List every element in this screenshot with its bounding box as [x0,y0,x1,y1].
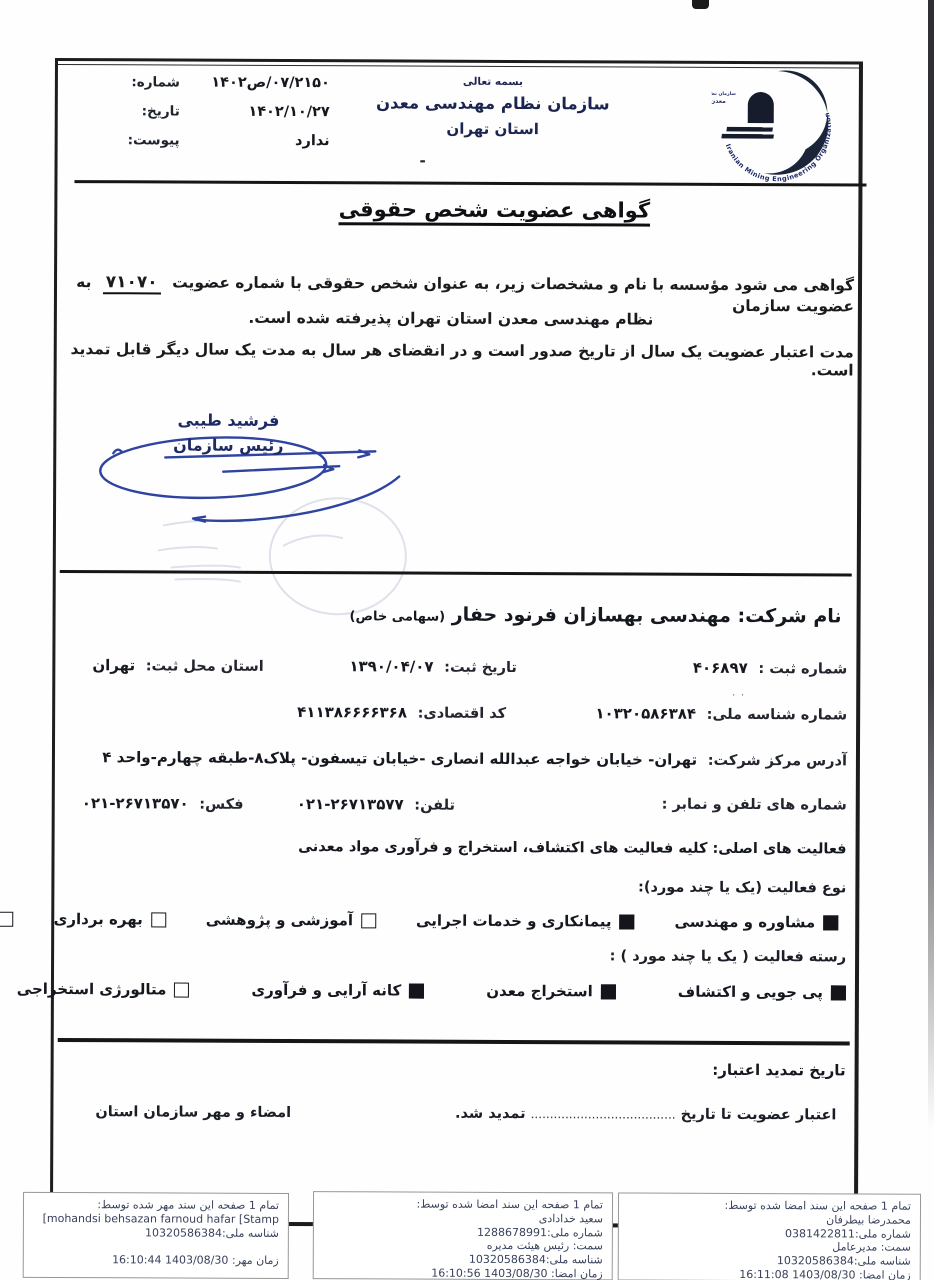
scan-edge-artifact [928,0,934,1130]
logo-persian-text-line1: سازمان نظام مهندسی [711,92,736,97]
document-attachment-value: ندارد [180,133,330,150]
digital-stamp-box-company: تمام 1 صفحه این سند مهر شده توسط: [mohan… [23,1192,289,1279]
header-dash: - [420,152,426,170]
national-id-value: ۱۰۳۲۰۵۸۶۳۸۴ [595,704,696,722]
logo-ground-strip [726,127,773,132]
renewal-heading: تاریخ تمدید اعتبار: [712,1061,845,1080]
signer-role: سمت: مدیرعامل [628,1240,911,1255]
checkbox-consulting-engineering: مشاوره و مهندسی [675,913,839,932]
checkbox-contracting-services: پیمانکاری و خدمات اجرایی [416,912,635,931]
fax-label: فکس: [199,797,243,813]
renewal-line: اعتبار عضویت تا تاریخ ..................… [455,1106,836,1124]
signature-time-line: زمان امضا: 16:10:56 1403/08/30 [323,1266,603,1280]
scan-top-mark-artifact [692,0,709,9]
province-name: استان تهران [368,119,618,138]
registration-number-value: ۴۰۶۸۹۷ [693,659,748,677]
certificate-title: گواهی عضویت شخص حقوقی [339,197,651,222]
activity-type-label: نوع فعالیت (یک یا چند مورد): [638,880,846,897]
mining-organization-logo: سازمان نظام مهندسی معدن Iranian Mining E… [711,65,842,196]
fax-value: ۰۲۱-۲۶۷۱۳۵۷۰ [82,794,189,812]
economic-code-field: کد اقتصادی: ۴۱۱۳۸۶۶۶۶۳۶۸ [297,703,506,722]
company-national-id: شناسه ملی:10320586384 [628,1254,911,1269]
registration-number-field: شماره ثبت : ۴۰۶۸۹۷ [693,659,848,678]
membership-number: ۷۱۰۷۰ [103,272,161,294]
president-name: فرشید طیبی [158,408,298,433]
registration-date-label: تاریخ ثبت: [444,660,517,676]
checkbox-exploitation: بهره برداری [54,910,166,928]
scanned-certificate-page: ۱۴۰۲ص/۰۷/۲۱۵۰ شماره: ۱۴۰۲/۱۰/۲۷ تاریخ: ن… [0,0,934,1280]
intro-line-3: مدت اعتبار عضویت یک سال از تاریخ صدور اس… [64,340,854,379]
org-seal-signature-label: امضاء و مهر سازمان استان [95,1104,291,1121]
signature-intro-text: تمام 1 صفحه این سند امضا شده توسط: [628,1198,911,1213]
renewal-dotted-blank: ...................................... [531,1107,676,1122]
checkbox-prospecting-exploration: پی جویی و اکتشاف [678,983,846,1002]
renewal-text-after: تمدید شد. [455,1106,526,1122]
checkbox-icon [174,982,189,997]
document-date-label: تاریخ: [110,103,180,119]
checkbox-extractive-metallurgy: متالورژی استخراجی [17,980,190,999]
checkbox-education-research: آموزشی و پژوهشی [206,911,376,930]
activity-category-options-row: پی جویی و اکتشاف استخراج معدن کانه آرایی… [17,980,846,1002]
document-border-frame [50,58,863,1229]
intro-line-1-before: گواهی می شود مؤسسه با نام و مشخصات زیر، … [172,273,854,294]
document-date-row: ۱۴۰۲/۱۰/۲۷ تاریخ: [80,103,330,120]
signer-national-id: شماره ملی:1288678991 [323,1225,603,1240]
checkbox-icon [831,985,846,1000]
company-address-field: آدرس مرکز شرکت: تهران- خیابان خواجه عبدا… [102,748,847,769]
activity-category-label: رسته فعالیت ( یک یا چند مورد ) : [610,948,846,965]
registration-province-label: استان محل ثبت: [146,658,264,675]
main-activities-value: کلیه فعالیت های اکتشاف، استخراج و فرآوری… [298,839,707,857]
checkbox-icon [409,983,424,998]
main-activities-line: فعالیت های اصلی: کلیه فعالیت های اکتشاف،… [298,839,846,857]
phone-value: ۰۲۱-۲۶۷۱۳۵۷۷ [297,795,404,813]
registration-date-field: تاریخ ثبت: ۱۳۹۰/۰۴/۰۷ [349,657,517,676]
checkbox-icon [151,912,166,927]
renewal-text-before: اعتبار عضویت تا تاریخ [681,1107,837,1124]
stamp-intro-text: تمام 1 صفحه این سند مهر شده توسط: [33,1198,279,1213]
checkbox-icon [0,911,14,926]
economic-code-value: ۴۱۱۳۸۶۶۶۶۳۶۸ [297,703,407,721]
company-stamp-latin-name: [mohandsi behsazan farnoud hafar [Stamp [43,1212,279,1227]
signer-name: سعید خدادادی [323,1211,603,1226]
signer-national-id: شماره ملی:0381422811 [628,1226,911,1241]
stamp-time-line: زمان مهر: 16:10:44 1403/08/30 [33,1253,279,1268]
signature-intro-text: تمام 1 صفحه این سند امضا شده توسط: [323,1197,603,1212]
signer-role: سمت: رئیس هیئت مدیره [323,1239,603,1254]
faint-stamp-icon [158,497,407,614]
signature-timestamp: 16:10:56 1403/08/30 [431,1267,547,1280]
company-name-value: مهندسی بهسازان فرنود حفار [452,604,731,627]
activity-type-options-row: مشاوره و مهندسی پیمانکاری و خدمات اجرایی… [0,910,838,932]
company-name-label: نام شرکت: [737,605,841,627]
company-type: (سهامی خاص) [349,609,445,624]
registration-number-label: شماره ثبت : [758,661,847,677]
national-id-field: شماره شناسه ملی: ۱۰۳۲۰۵۸۶۳۸۴ [595,704,847,723]
main-activities-label: فعالیت های اصلی: [712,841,846,858]
checkbox-mine-extraction: استخراج معدن [486,982,616,1001]
checkbox-icon [601,984,616,999]
phone-label: تلفن: [414,798,455,814]
company-address-value: تهران- خیابان خواجه عبدالله انصاری -خیاب… [102,748,697,769]
checkbox-other: سایر [0,910,14,928]
checkbox-icon [620,914,635,929]
document-attachment-label: پیوست: [110,132,180,148]
signature-timestamp: 16:11:08 1403/08/30 [739,1268,855,1280]
checkbox-icon [361,913,376,928]
registration-date-value: ۱۳۹۰/۰۴/۰۷ [349,657,433,675]
document-number-value: ۱۴۰۲ص/۰۷/۲۱۵۰ [180,75,330,92]
president-role: رئیس سازمان [158,433,298,458]
fax-field: فکس: ۰۲۱-۲۶۷۱۳۵۷۰ [82,794,244,813]
logo-tunnel-icon [748,92,774,123]
economic-code-label: کد اقتصادی: [418,706,507,722]
signature-time-line: زمان امضا: 16:11:08 1403/08/30 [628,1267,911,1280]
company-national-id: شناسه ملی:10320586384 [323,1252,603,1267]
president-signature-block: فرشید طیبی رئیس سازمان [158,408,298,458]
company-address-label: آدرس مرکز شرکت: [708,753,847,770]
header-center-block: بسمه تعالی سازمان نظام مهندسی معدن استان… [368,75,618,138]
company-national-id: شناسه ملی:10320586384 [33,1225,279,1240]
document-attachment-row: ندارد پیوست: [80,132,330,149]
organization-name: سازمان نظام مهندسی معدن [368,93,618,113]
mining-logo-icon: سازمان نظام مهندسی معدن Iranian Mining E… [711,65,842,196]
checkbox-icon [823,915,838,930]
document-number-row: ۱۴۰۲ص/۰۷/۲۱۵۰ شماره: [80,74,330,91]
company-name-line: نام شرکت: مهندسی بهسازان فرنود حفار (سها… [349,603,841,627]
registration-province-value: تهران [92,656,135,674]
stamp-timestamp: 16:10:44 1403/08/30 [112,1253,228,1267]
checkbox-mineral-processing: کانه آرایی و فرآوری [251,981,424,1000]
logo-ground-strip [721,134,774,139]
document-number-label: شماره: [110,74,180,90]
digital-signature-box-ceo: تمام 1 صفحه این سند امضا شده توسط: محمدر… [618,1192,921,1280]
registration-province-field: استان محل ثبت: تهران [92,656,263,675]
document-date-value: ۱۴۰۲/۱۰/۲۷ [180,104,330,121]
scan-speckle: ·· [732,691,754,695]
phones-field-label: شماره های تلفن و نمابر : [662,797,847,814]
national-id-label: شماره شناسه ملی: [707,707,848,724]
bismillah-text: بسمه تعالی [368,75,618,88]
header-meta-block: ۱۴۰۲ص/۰۷/۲۱۵۰ شماره: ۱۴۰۲/۱۰/۲۷ تاریخ: ن… [80,74,330,162]
phone-field: تلفن: ۰۲۱-۲۶۷۱۳۵۷۷ [297,795,455,814]
blank-line [33,1239,279,1254]
signer-name: محمدرضا بیطرفان [628,1212,911,1227]
logo-persian-text-line2: معدن [711,98,726,105]
digital-signature-box-chairman: تمام 1 صفحه این سند امضا شده توسط: سعید … [313,1191,613,1280]
